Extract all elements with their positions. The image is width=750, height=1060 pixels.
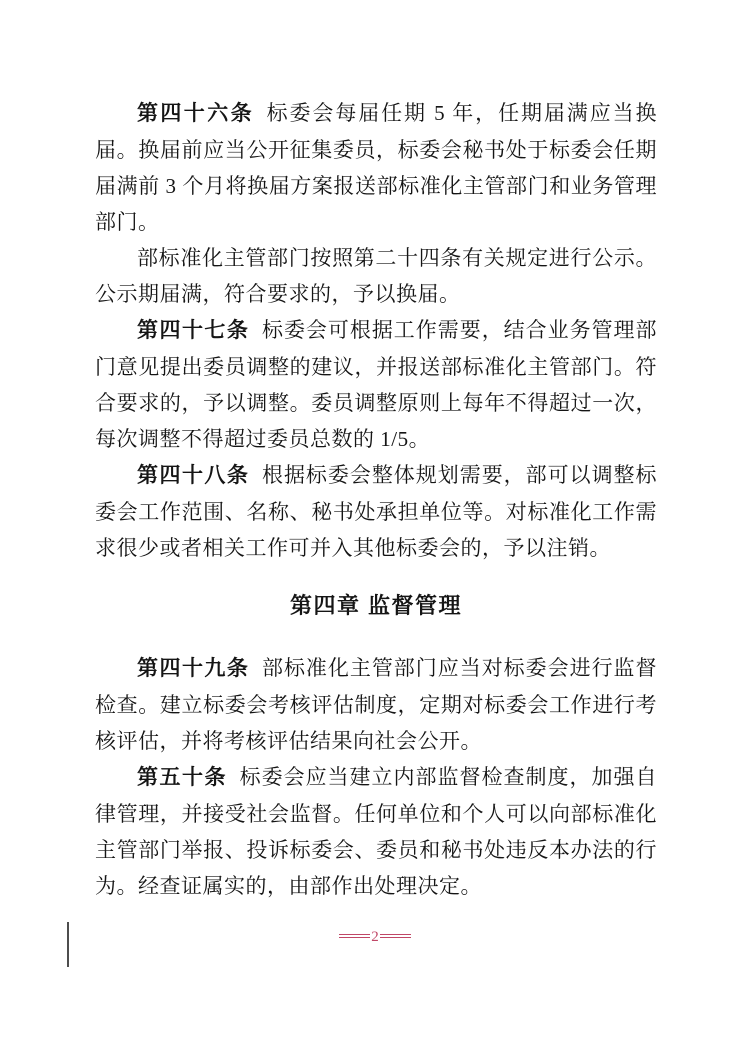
chapter-heading: 第四章 监督管理 <box>95 588 657 624</box>
article-number: 第四十九条 <box>137 657 249 680</box>
article-paragraph: 第四十七条标委会可根据工作需要，结合业务管理部门意见提出委员调整的建议，并报送部… <box>95 312 657 457</box>
document-page: 第四十六条标委会每届任期 5 年，任期届满应当换届。换届前应当公开征集委员，标委… <box>0 0 750 1060</box>
body-paragraph: 部标准化主管部门按照第二十四条有关规定进行公示。公示期届满，符合要求的，予以换届… <box>95 240 657 312</box>
article-number: 第五十条 <box>137 766 227 789</box>
article-number: 第四十八条 <box>137 464 249 487</box>
article-number: 第四十六条 <box>137 102 254 125</box>
article-text: 部标准化主管部门按照第二十四条有关规定进行公示。公示期届满，符合要求的，予以换届… <box>95 246 657 306</box>
footer-left-rule <box>339 934 370 938</box>
article-number: 第四十七条 <box>137 319 249 342</box>
page-number: 2 <box>370 930 380 945</box>
document-body: 第四十六条标委会每届任期 5 年，任期届满应当换届。换届前应当公开征集委员，标委… <box>95 95 657 904</box>
article-paragraph: 第五十条标委会应当建立内部监督检查制度，加强自律管理，并接受社会监督。任何单位和… <box>95 759 657 904</box>
page-footer: 2 <box>0 926 750 946</box>
article-paragraph: 第四十九条部标准化主管部门应当对标委会进行监督检查。建立标委会考核评估制度，定期… <box>95 650 657 759</box>
footer-right-rule <box>380 934 411 938</box>
article-paragraph: 第四十六条标委会每届任期 5 年，任期届满应当换届。换届前应当公开征集委员，标委… <box>95 95 657 240</box>
article-paragraph: 第四十八条根据标委会整体规划需要，部可以调整标委会工作范围、名称、秘书处承担单位… <box>95 457 657 566</box>
